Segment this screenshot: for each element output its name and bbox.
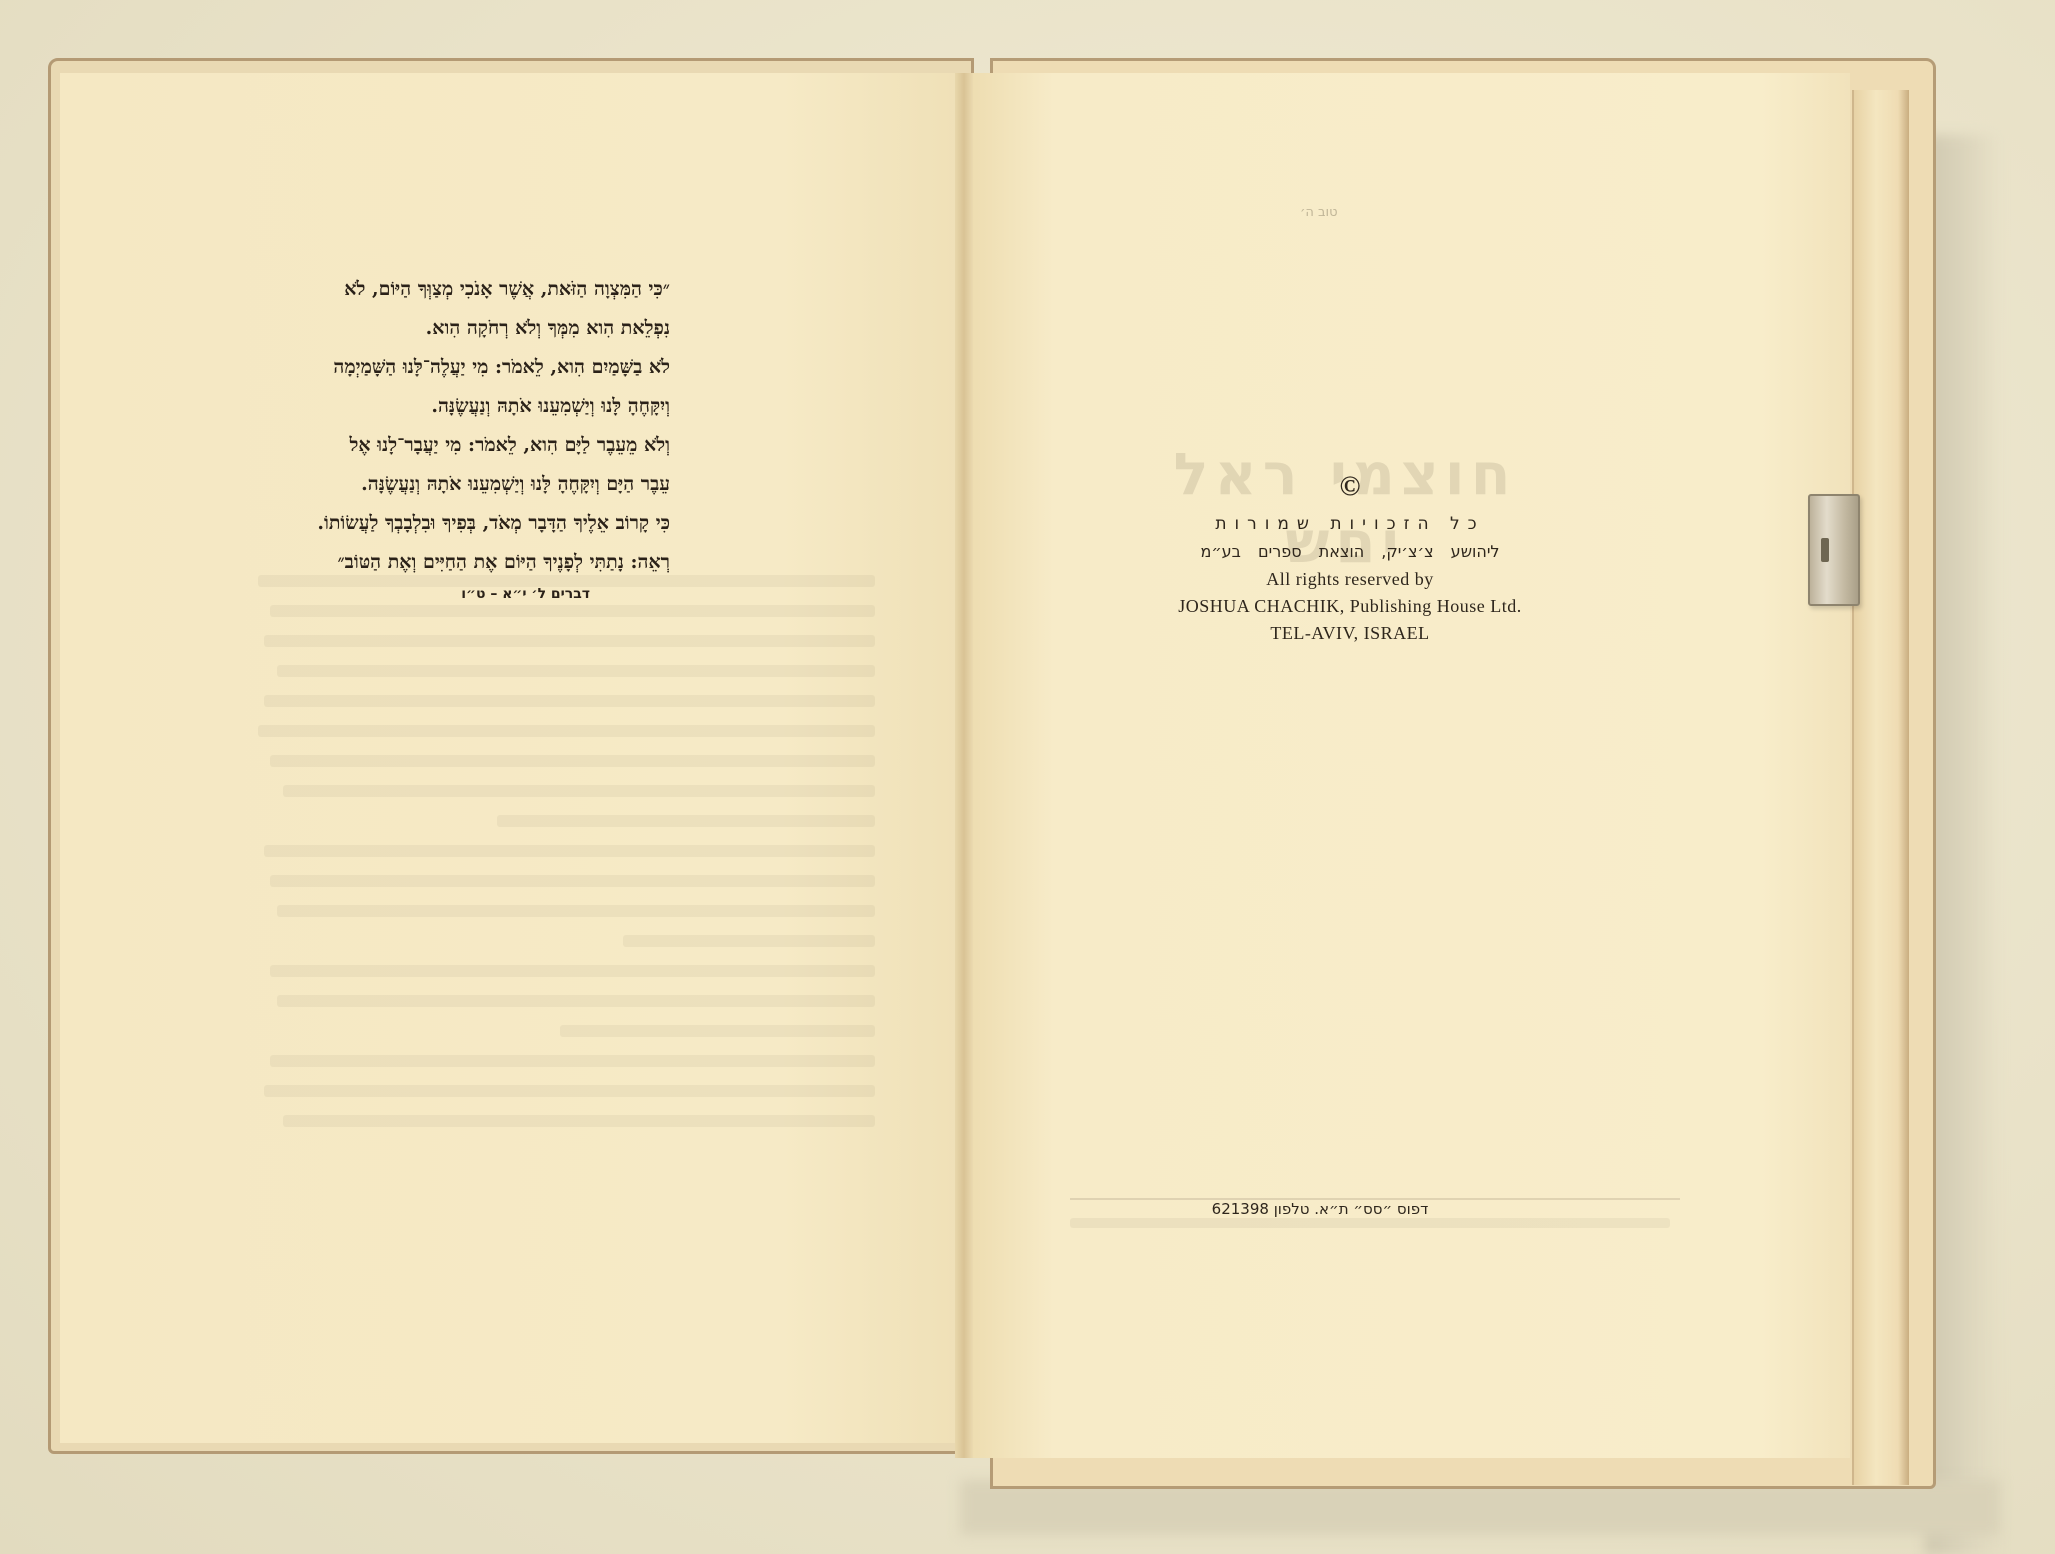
verse-line: וְיִקָּחֶהָ לָּנוּ וְיַשְׁמִעֵנוּ אֹתָהּ…: [270, 387, 670, 426]
hebrew-publisher: ליהושע צ׳צ׳יק, הוצאת ספרים בע״מ: [1110, 538, 1590, 566]
hebrew-rights-reserved: כל הזכויות שמורות: [1110, 510, 1590, 538]
verse-line: לֹא בַשָּׁמַיִם הִוא, לֵאמֹר: מִי יַעֲלֶ…: [270, 348, 670, 387]
verse-line: נִפְלֵאת הִוא מִמְּךָ וְלֹא רְחֹקָה הִוא…: [270, 309, 670, 348]
english-publisher-line: JOSHUA CHACHIK, Publishing House Ltd.: [1110, 593, 1590, 620]
epigraph-verse: ״כִּי הַמִּצְוָה הַזֹּאת, אֲשֶׁר אָנֹכִי…: [270, 270, 670, 602]
right-page: [965, 73, 1850, 1458]
english-location-line: TEL-AVIV, ISRAEL: [1110, 620, 1590, 647]
printer-imprint: דפוס ״סס״ ת״א. טלפון 621398: [1180, 1200, 1460, 1218]
clip-notch: [1821, 538, 1829, 562]
book-shadow-right: [1925, 135, 2000, 1554]
metal-clip: [1808, 494, 1860, 606]
printer-ghost-line: [1070, 1218, 1670, 1228]
copyright-icon: ©: [1110, 470, 1590, 504]
english-rights-line: All rights reserved by: [1110, 566, 1590, 593]
book-gutter: [955, 73, 973, 1458]
verse-line: ״כִּי הַמִּצְוָה הַזֹּאת, אֲשֶׁר אָנֹכִי…: [270, 270, 670, 309]
bleed-through-text: [245, 575, 875, 1145]
page-edge-stack: [1852, 90, 1909, 1485]
verse-line: כִּי קָרוֹב אֵלֶיךָ הַדָּבָר מְאֹד, בְּפ…: [270, 504, 670, 543]
copyright-block: © כל הזכויות שמורות ליהושע צ׳צ׳יק, הוצאת…: [1110, 470, 1590, 647]
ghost-running-header: טוב ה׳: [1300, 205, 1338, 220]
verse-line: עֵבֶר הַיָּם וְיִקָּחֶהָ לָּנוּ וְיַשְׁמ…: [270, 465, 670, 504]
verse-line: וְלֹא מֵעֵבֶר לַיָּם הִוא, לֵאמֹר: מִי י…: [270, 426, 670, 465]
